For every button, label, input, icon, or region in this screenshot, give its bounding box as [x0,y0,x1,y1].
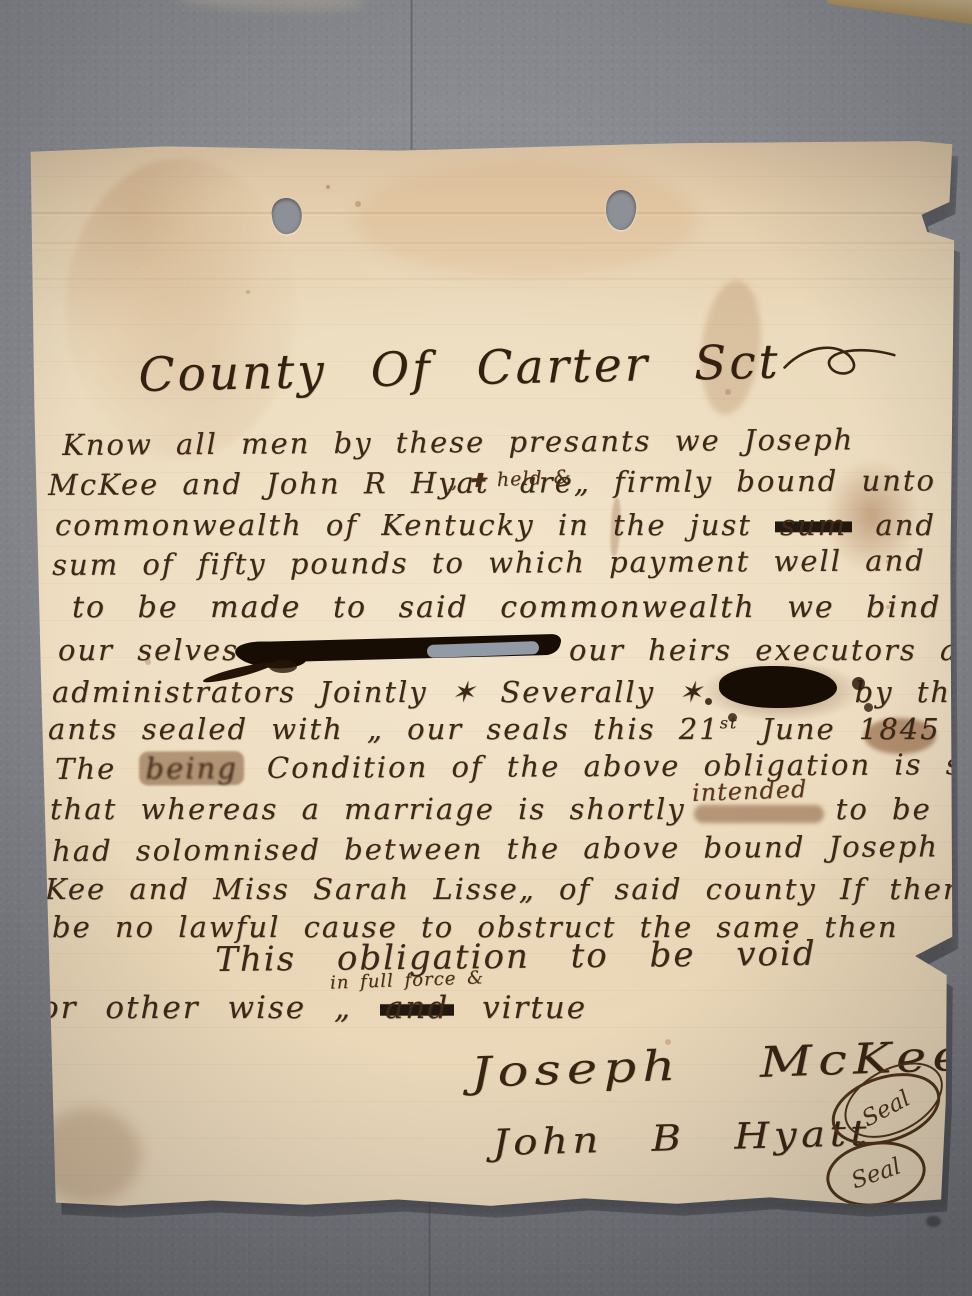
struck-word: sum [775,508,852,542]
handwritten-line: in full force & or other wise „ and virt… [40,990,587,1027]
handwritten-line: Kee and Miss Sarah Lisse„ of said county… [45,872,972,907]
surface-seam-top [410,0,413,150]
line-segment: McKee and John R Hyat [48,466,490,502]
signature-john-b-hyatt: John B Hyatt [492,1112,872,1165]
line-segment: are„ firmly bound unto the [519,463,972,500]
handwritten-line: had solomnised between the above bound J… [52,829,972,869]
handwritten-line: our selves our heirs executors and [58,632,972,668]
line-segment: June 1845 [738,712,940,746]
handwritten-line: Know all men by these presants we Joseph [62,422,854,462]
line-segment: that whereas a marriage is shortly [50,792,686,826]
struck-word: and [380,990,454,1026]
handwritten-line: commonwealth of Kentucky in the just sum… [55,508,972,543]
fold-crease [26,212,956,216]
punch-hole [605,189,638,231]
interlineation: intended [691,775,807,808]
paper-stain [66,158,296,458]
line-segment: or other wise „ [40,990,380,1026]
header-flourish [780,337,899,383]
surface-spot [926,1216,941,1227]
ink-smudge [694,805,824,823]
handwritten-line: This obligation to be void [215,934,817,981]
handwritten-line: to be made to said commonwealth we bind [72,590,942,626]
handwritten-line: ants sealed with „ our seals this 21st J… [48,712,941,747]
photo-of-document: County Of Carter Sct Know all men by the… [0,0,972,1296]
ink-blot [705,674,855,708]
seal-label: Seal [848,1153,904,1194]
struck-word: being [139,751,243,786]
handwritten-line: McKee and John R Hyat„ ✚ held &are„ firm… [48,463,972,503]
line-segment: to be [836,792,932,826]
paper-speckles [326,185,330,189]
line-segment: administrators Jointly ✶ Severally ✶ [52,675,705,709]
line-segment: The [55,752,140,786]
ordinal-suffix: st [720,713,739,732]
handwritten-line: sum of fifty pounds to which payment wel… [52,543,926,582]
line-segment: Condition of the above obligation is suc… [244,747,972,785]
punch-hole [270,196,305,236]
line-segment: virtue [454,990,587,1026]
ink-blot [239,632,569,666]
document-paper: County Of Carter Sct Know all men by the… [26,140,956,1208]
document-heading: County Of Carter Sct [138,332,899,404]
line-segment: commonwealth of Kentucky in the just [55,508,775,542]
handwritten-line: administrators Jointly ✶ Severally ✶ by … [52,674,972,710]
fold-crease [26,242,956,246]
line-segment: our selves [58,633,239,667]
insertion-anchor: intended [686,797,836,823]
heading-text: County Of Carter Sct [138,335,781,403]
line-segment: ants sealed with „ our seals this 21 [48,712,720,746]
paper-stain [356,162,696,277]
handwritten-line: that whereas a marriage is shortlyintend… [50,792,932,827]
fold-crease [26,278,956,282]
handwritten-line: The being Condition of the above obligat… [55,747,972,787]
